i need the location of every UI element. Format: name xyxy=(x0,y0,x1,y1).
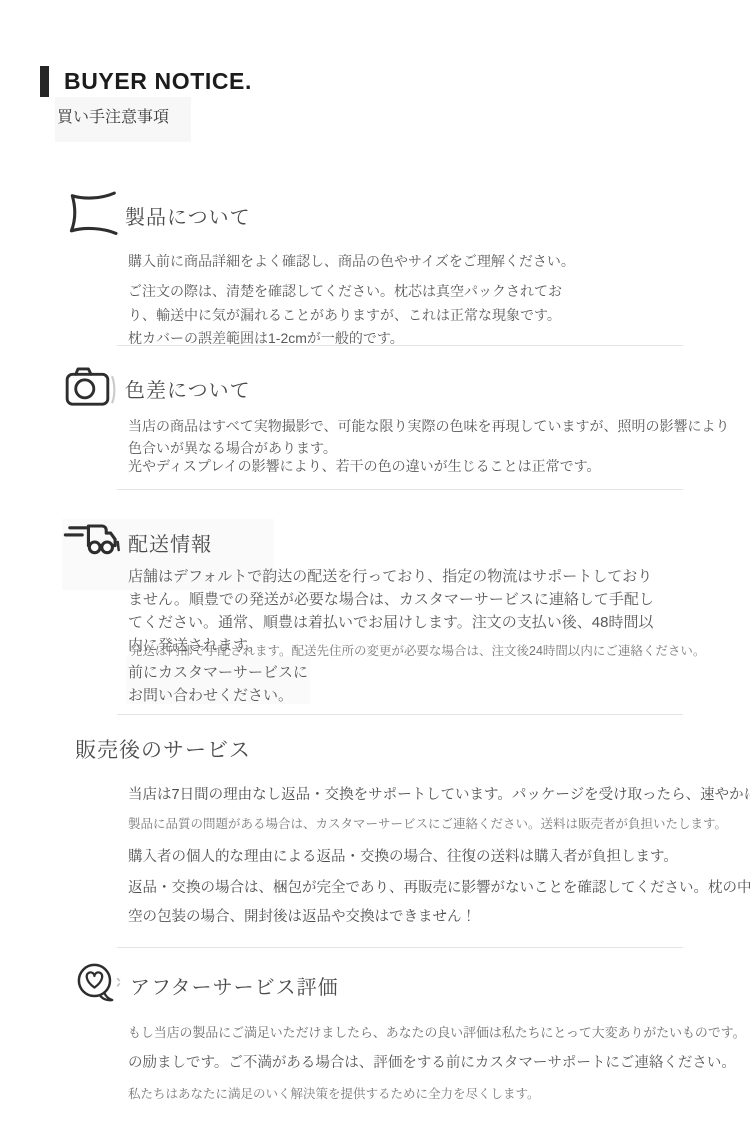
section-divider xyxy=(117,714,683,715)
review-line: の励ましです。ご不満がある場合は、評価をする前にカスタマーサポートにご連絡くださ… xyxy=(128,1051,750,1072)
review-line: 私たちはあなたに満足のいく解決策を提供するために全力を尽くします。 xyxy=(128,1084,750,1102)
shipping-paragraph-2: 前にカスタマーサービスに お問い合わせください。 xyxy=(128,661,308,707)
after-sales-line: 製品に品質の問題がある場合は、カスタマーサービスにご連絡ください。送料は販売者が… xyxy=(128,814,750,832)
shipping-note: 発送は内部で手配されます。配送先住所の変更が必要な場合は、注文後24時間以内にご… xyxy=(130,641,705,659)
camera-icon xyxy=(64,364,120,410)
section-title-review: アフターサービス評価 xyxy=(130,971,339,1000)
after-sales-line: 購入者の個人的な理由による返品・交換の場合、往復の送料は購入者が負担します。 xyxy=(128,845,750,866)
heart-chat-icon xyxy=(72,960,124,1008)
section-divider xyxy=(117,489,683,490)
section-title-shipping: 配送情報 xyxy=(128,528,212,557)
buyer-notice-page: BUYER NOTICE. 買い手注意事項 製品について 購入前に商品詳細をよく… xyxy=(0,0,750,1144)
section-title-product: 製品について xyxy=(125,201,251,230)
product-paragraph-2: ご注文の際は、清楚を確認してください。枕芯は真空パックされてお り、輸送中に気が… xyxy=(128,280,562,351)
section-divider xyxy=(117,947,683,948)
color-difference-paragraph-2: 光やディスプレイの影響により、若干の色の違いが生じることは正常です。 xyxy=(128,456,601,476)
truck-icon xyxy=(62,518,122,566)
review-line: もし当店の製品にご満足いただけましたら、あなたの良い評価は私たちにとって大変あり… xyxy=(128,1022,750,1041)
after-sales-line: 返品・交換の場合は、梱包が完全であり、再販売に影響がないことを確認してください。… xyxy=(128,876,750,897)
product-paragraph-1: 購入前に商品詳細をよく確認し、商品の色やサイズをご理解ください。 xyxy=(128,251,575,272)
header-accent-bar xyxy=(40,66,49,97)
pillow-icon xyxy=(66,188,118,236)
section-title-after-sales: 販売後のサービス xyxy=(75,734,251,764)
color-difference-paragraph-1: 当店の商品はすべて実物撮影で、可能な限り実際の色味を再現していますが、照明の影響… xyxy=(128,415,729,459)
page-subtitle: 買い手注意事項 xyxy=(57,104,169,127)
after-sales-line: 当店は7日間の理由なし返品・交換をサポートしています。パッケージを受け取ったら、… xyxy=(128,783,750,804)
page-title: BUYER NOTICE. xyxy=(64,68,252,95)
section-title-color-difference: 色差について xyxy=(125,374,251,403)
after-sales-line: 空の包装の場合、開封後は返品や交換はできません！ xyxy=(128,905,750,926)
